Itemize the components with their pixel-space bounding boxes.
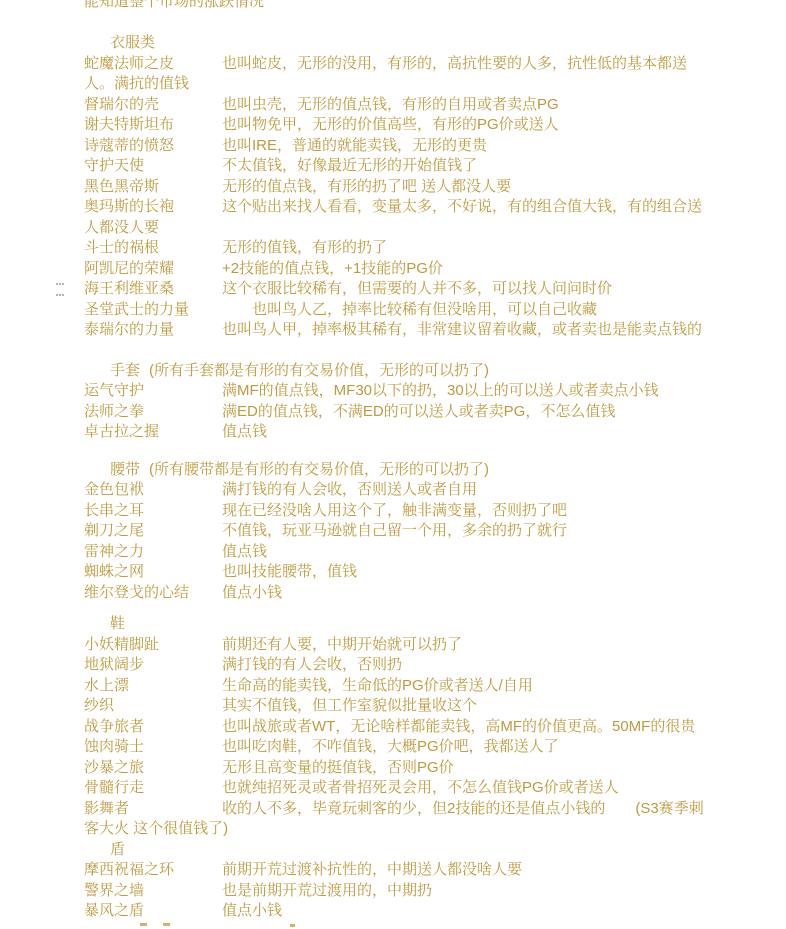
item-row: 蚀肉骑士也叫吃肉鞋，不咋值钱，大概PG价吧，我都送人了 (84, 737, 704, 758)
item-description: 也就纯招死灵或者骨招死灵会用，不怎么值钱PG价或者送人 (222, 779, 619, 796)
item-description: 生命高的能卖钱，生命低的PG价或者送人/自用 (222, 677, 533, 694)
item-row: 泰瑞尔的力量也叫鸟人甲，掉率极其稀有，非常建议留着收藏，或者卖也是能卖点钱的 (84, 320, 704, 341)
item-description: 也叫虫壳，无形的值点钱，有形的自用或者卖点PG (222, 96, 559, 113)
item-row: 卓古拉之握值点钱 (84, 422, 704, 443)
item-name: 水上漂 (84, 676, 222, 697)
drag-handle-icon[interactable] (56, 283, 64, 296)
clipped-top-line: 能知道整个市场的涨跌情况 (84, 0, 704, 13)
item-row: 运气守护满MF的值点钱，MF30以下的扔，30以上的可以送人或者卖点小钱 (84, 381, 704, 402)
item-name: 诗蔻蒂的愤怒 (84, 136, 222, 157)
item-description: 不值钱，玩亚马逊就自己留一个用，多余的扔了就行 (222, 522, 567, 539)
item-description: 满ED的值点钱，不满ED的可以送人或者卖PG，不怎么值钱 (222, 403, 615, 420)
item-name: 雷神之力 (84, 542, 222, 563)
item-description: 无形的值点钱，有形的扔了吧 送人都没人要 (222, 178, 511, 195)
section-clothing: 衣服类蛇魔法师之皮也叫蛇皮，无形的没用，有形的，高抗性要的人多，抗性低的基本都送… (84, 33, 704, 341)
item-name: 长串之耳 (84, 501, 222, 522)
item-description: 也叫战旅或者WT，无论啥样都能卖钱，高MF的价值更高。50MF的很贵 (222, 718, 695, 735)
item-row: 纱织其实不值钱，但工作室貌似批量收这个 (84, 696, 704, 717)
item-name: 摩西祝福之环 (84, 860, 222, 881)
item-name: 黑色黑帝斯 (84, 177, 222, 198)
item-name: 地狱阔步 (84, 655, 222, 676)
item-name: 阿凯尼的荣耀 (84, 259, 222, 280)
item-name: 谢夫特斯坦布 (84, 115, 222, 136)
item-row: 影舞者收的人不多，毕竟玩刺客的少，但2技能的还是值点小钱的 (S3赛季刺 客大火… (84, 799, 704, 840)
item-row: 奥玛斯的长袍这个贴出来找人看看，变量太多，不好说，有的组合值大钱，有的组合送 人… (84, 197, 704, 238)
item-name: 警界之墙 (84, 881, 222, 902)
section-heading-note: (所有腰带都是有形的有交易价值，无形的可以扔了) (149, 461, 489, 478)
item-row: 战争旅者也叫战旅或者WT，无论啥样都能卖钱，高MF的价值更高。50MF的很贵 (84, 717, 704, 738)
item-description: 也叫鸟人乙，掉率比较稀有但没啥用，可以自己收藏 (222, 301, 597, 318)
item-name: 影舞者 (84, 799, 222, 820)
item-name: 斗士的祸根 (84, 238, 222, 259)
item-row: 长串之耳现在已经没啥人用这个了，触非满变量，否则扔了吧 (84, 501, 704, 522)
item-name: 海王利维亚桑 (84, 279, 222, 300)
item-row: 圣堂武士的力量 也叫鸟人乙，掉率比较稀有但没啥用，可以自己收藏 (84, 300, 704, 321)
section-heading-label: 衣服类 (110, 34, 155, 51)
item-row: 地狱阔步满打钱的有人会收，否则扔 (84, 655, 704, 676)
item-description: 满MF的值点钱，MF30以下的扔，30以上的可以送人或者卖点小钱 (222, 382, 659, 399)
item-row: 督瑞尔的壳也叫虫壳，无形的值点钱，有形的自用或者卖点PG (84, 95, 704, 116)
item-description: 满打钱的有人会收，否则扔 (222, 656, 402, 673)
item-description: 无形且高变量的挺值钱，否则PG价 (222, 759, 454, 776)
item-row: 金色包袱满打钱的有人会收，否则送人或者自用 (84, 480, 704, 501)
item-name: 蜘蛛之网 (84, 562, 222, 583)
item-description: 满打钱的有人会收，否则送人或者自用 (222, 481, 477, 498)
section-gloves: 手套(所有手套都是有形的有交易价值，无形的可以扔了)运气守护满MF的值点钱，MF… (84, 361, 704, 443)
item-row: 海王利维亚桑这个衣服比较稀有，但需要的人并不多，可以找人问问时价 (84, 279, 704, 300)
item-name: 守护天使 (84, 156, 222, 177)
item-name: 督瑞尔的壳 (84, 95, 222, 116)
section-heading: 衣服类 (84, 33, 704, 54)
item-description: +2技能的值点钱，+1技能的PG价 (222, 260, 443, 277)
item-row: 黑色黑帝斯无形的值点钱，有形的扔了吧 送人都没人要 (84, 177, 704, 198)
item-description: 也叫IRE，普通的就能卖钱，无形的更贵 (222, 137, 487, 154)
clipped-next-line (163, 923, 170, 926)
item-name: 法师之拳 (84, 402, 222, 423)
item-description: 这个衣服比较稀有，但需要的人并不多，可以找人问问时价 (222, 280, 612, 297)
item-row: 斗士的祸根无形的值钱，有形的扔了 (84, 238, 704, 259)
section-heading-label: 手套 (110, 362, 140, 379)
item-description: 前期还有人要，中期开始就可以扔了 (222, 636, 462, 653)
section-heading: 手套(所有手套都是有形的有交易价值，无形的可以扔了) (84, 361, 704, 382)
clipped-next-line (290, 924, 295, 927)
item-row: 雷神之力值点钱 (84, 542, 704, 563)
item-row: 法师之拳满ED的值点钱，不满ED的可以送人或者卖PG，不怎么值钱 (84, 402, 704, 423)
item-row: 暴风之盾值点小钱 (84, 901, 704, 922)
item-name: 维尔登戈的心结 (84, 583, 222, 604)
item-row: 摩西祝福之环前期开荒过渡补抗性的，中期送人都没啥人要 (84, 860, 704, 881)
section-heading-label: 盾 (110, 841, 125, 858)
item-description: 也叫鸟人甲，掉率极其稀有，非常建议留着收藏，或者卖也是能卖点钱的 (222, 321, 702, 338)
item-name: 泰瑞尔的力量 (84, 320, 222, 341)
item-row: 沙暴之旅无形且高变量的挺值钱，否则PG价 (84, 758, 704, 779)
item-description: 值点小钱 (222, 902, 282, 919)
item-name: 暴风之盾 (84, 901, 222, 922)
item-description: 也叫吃肉鞋，不咋值钱，大概PG价吧，我都送人了 (222, 738, 559, 755)
item-name: 蚀肉骑士 (84, 737, 222, 758)
item-row: 剃刀之尾不值钱，玩亚马逊就自己留一个用，多余的扔了就行 (84, 521, 704, 542)
section-heading-note: (所有手套都是有形的有交易价值，无形的可以扔了) (149, 362, 489, 379)
item-row: 蛇魔法师之皮也叫蛇皮，无形的没用，有形的，高抗性要的人多，抗性低的基本都送 人。… (84, 54, 704, 95)
item-row: 水上漂生命高的能卖钱，生命低的PG价或者送人/自用 (84, 676, 704, 697)
item-name: 剃刀之尾 (84, 521, 222, 542)
section-shoes: 鞋小妖精脚趾前期还有人要，中期开始就可以扔了地狱阔步满打钱的有人会收，否则扔水上… (84, 614, 704, 840)
item-name: 沙暴之旅 (84, 758, 222, 779)
section-heading: 腰带(所有腰带都是有形的有交易价值，无形的可以扔了) (84, 460, 704, 481)
item-description: 值点钱 (222, 423, 267, 440)
item-description: 现在已经没啥人用这个了，触非满变量，否则扔了吧 (222, 502, 567, 519)
section-belts: 腰带(所有腰带都是有形的有交易价值，无形的可以扔了)金色包袱满打钱的有人会收，否… (84, 460, 704, 604)
section-heading: 盾 (84, 840, 704, 861)
item-name: 圣堂武士的力量 (84, 300, 222, 321)
item-description: 不太值钱，好像最近无形的开始值钱了 (222, 157, 477, 174)
item-name: 纱织 (84, 696, 222, 717)
item-description: 也是前期开荒过渡用的，中期扔 (222, 882, 432, 899)
item-row: 谢夫特斯坦布也叫物免甲，无形的价值高些，有形的PG价或送人 (84, 115, 704, 136)
item-name: 蛇魔法师之皮 (84, 54, 222, 75)
item-description: 其实不值钱，但工作室貌似批量收这个 (222, 697, 477, 714)
item-row: 守护天使不太值钱，好像最近无形的开始值钱了 (84, 156, 704, 177)
sections-container: 衣服类蛇魔法师之皮也叫蛇皮，无形的没用，有形的，高抗性要的人多，抗性低的基本都送… (84, 33, 704, 922)
item-description: 值点钱 (222, 543, 267, 560)
item-name: 运气守护 (84, 381, 222, 402)
item-row: 小妖精脚趾前期还有人要，中期开始就可以扔了 (84, 635, 704, 656)
item-row: 维尔登戈的心结值点小钱 (84, 583, 704, 604)
item-description: 值点小钱 (222, 584, 282, 601)
section-shields: 盾摩西祝福之环前期开荒过渡补抗性的，中期送人都没啥人要警界之墙也是前期开荒过渡用… (84, 840, 704, 922)
item-name: 奥玛斯的长袍 (84, 197, 222, 218)
item-description: 也叫技能腰带，值钱 (222, 563, 357, 580)
document-body: 能知道整个市场的涨跌情况 衣服类蛇魔法师之皮也叫蛇皮，无形的没用，有形的，高抗性… (84, 0, 704, 922)
item-name: 金色包袱 (84, 480, 222, 501)
section-heading-label: 腰带 (110, 461, 140, 478)
item-description: 也叫物免甲，无形的价值高些，有形的PG价或送人 (222, 116, 559, 133)
clipped-next-line (140, 923, 147, 926)
item-row: 警界之墙也是前期开荒过渡用的，中期扔 (84, 881, 704, 902)
item-description: 前期开荒过渡补抗性的，中期送人都没啥人要 (222, 861, 522, 878)
item-name: 小妖精脚趾 (84, 635, 222, 656)
item-description: 无形的值钱，有形的扔了 (222, 239, 387, 256)
item-row: 蜘蛛之网也叫技能腰带，值钱 (84, 562, 704, 583)
item-name: 战争旅者 (84, 717, 222, 738)
item-row: 诗蔻蒂的愤怒也叫IRE，普通的就能卖钱，无形的更贵 (84, 136, 704, 157)
item-row: 骨髓行走也就纯招死灵或者骨招死灵会用，不怎么值钱PG价或者送人 (84, 778, 704, 799)
section-heading-label: 鞋 (110, 615, 125, 632)
item-name: 骨髓行走 (84, 778, 222, 799)
item-name: 卓古拉之握 (84, 422, 222, 443)
section-heading: 鞋 (84, 614, 704, 635)
item-row: 阿凯尼的荣耀+2技能的值点钱，+1技能的PG价 (84, 259, 704, 280)
